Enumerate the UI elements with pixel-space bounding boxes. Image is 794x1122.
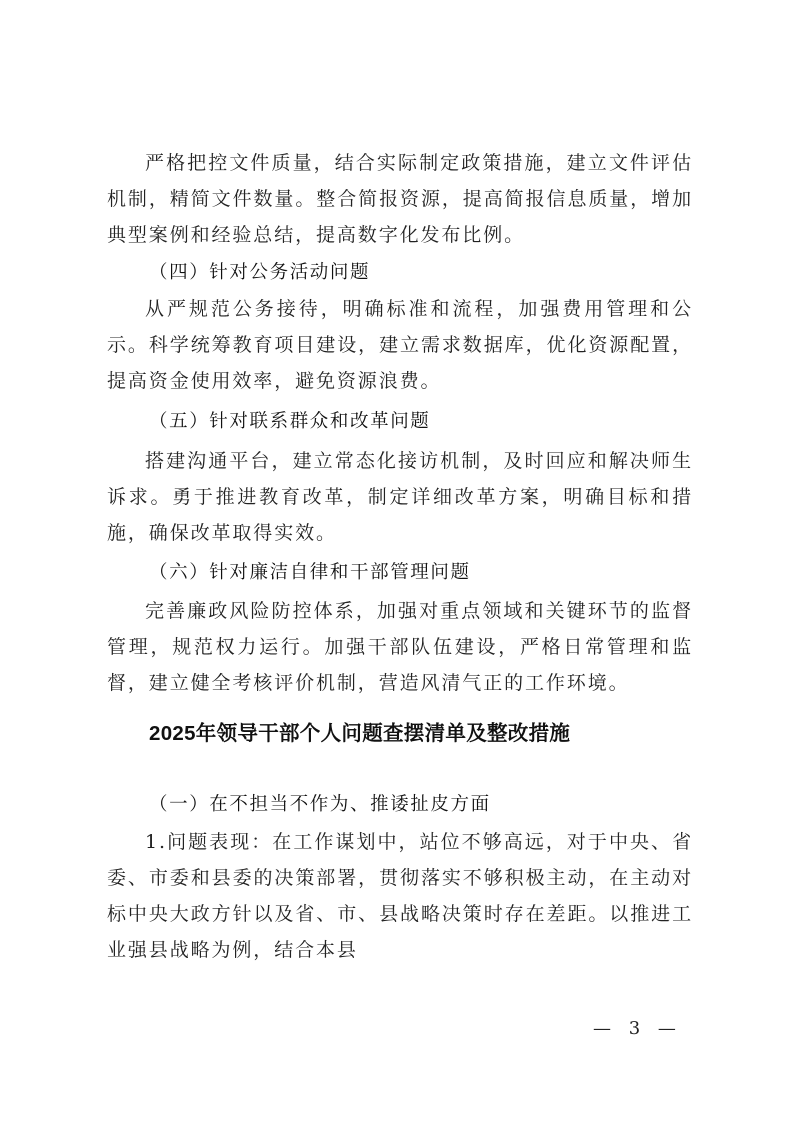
- paragraph-document-quality: 严格把控文件质量，结合实际制定政策措施，建立文件评估机制，精简文件数量。整合简报…: [107, 145, 693, 253]
- paragraph-problem-manifestation: 1.问题表现：在工作谋划中，站位不够高远，对于中央、省委、市委和县委的决策部署，…: [107, 824, 693, 968]
- subheading-mass-contact-reform: （五）针对联系群众和改革问题: [107, 404, 693, 440]
- paragraph-integrity-cadre-management: 完善廉政风险防控体系，加强对重点领域和关键环节的监督管理，规范权力运行。加强干部…: [107, 593, 693, 701]
- subheading-official-activities: （四）针对公务活动问题: [107, 255, 693, 291]
- paragraph-mass-contact-reform: 搭建沟通平台，建立常态化接访机制，及时回应和解决师生诉求。勇于推进教育改革，制定…: [107, 443, 693, 551]
- page-number: — 3 —: [593, 1018, 682, 1039]
- subheading-lack-of-responsibility: （一）在不担当不作为、推诿扯皮方面: [107, 787, 693, 823]
- measures-section: 严格把控文件质量，结合实际制定政策措施，建立文件评估机制，精简文件数量。整合简报…: [107, 145, 693, 701]
- subheading-integrity-cadre-management: （六）针对廉洁自律和干部管理问题: [107, 555, 693, 591]
- section-title: 2025年领导干部个人问题查摆清单及整改措施: [149, 716, 570, 746]
- document-page: 严格把控文件质量，结合实际制定政策措施，建立文件评估机制，精简文件数量。整合简报…: [0, 0, 794, 1122]
- paragraph-official-activities: 从严规范公务接待，明确标准和流程，加强费用管理和公示。科学统筹教育项目建设，建立…: [107, 291, 693, 399]
- personal-issues-section: （一）在不担当不作为、推诿扯皮方面 1.问题表现：在工作谋划中，站位不够高远，对…: [107, 787, 693, 968]
